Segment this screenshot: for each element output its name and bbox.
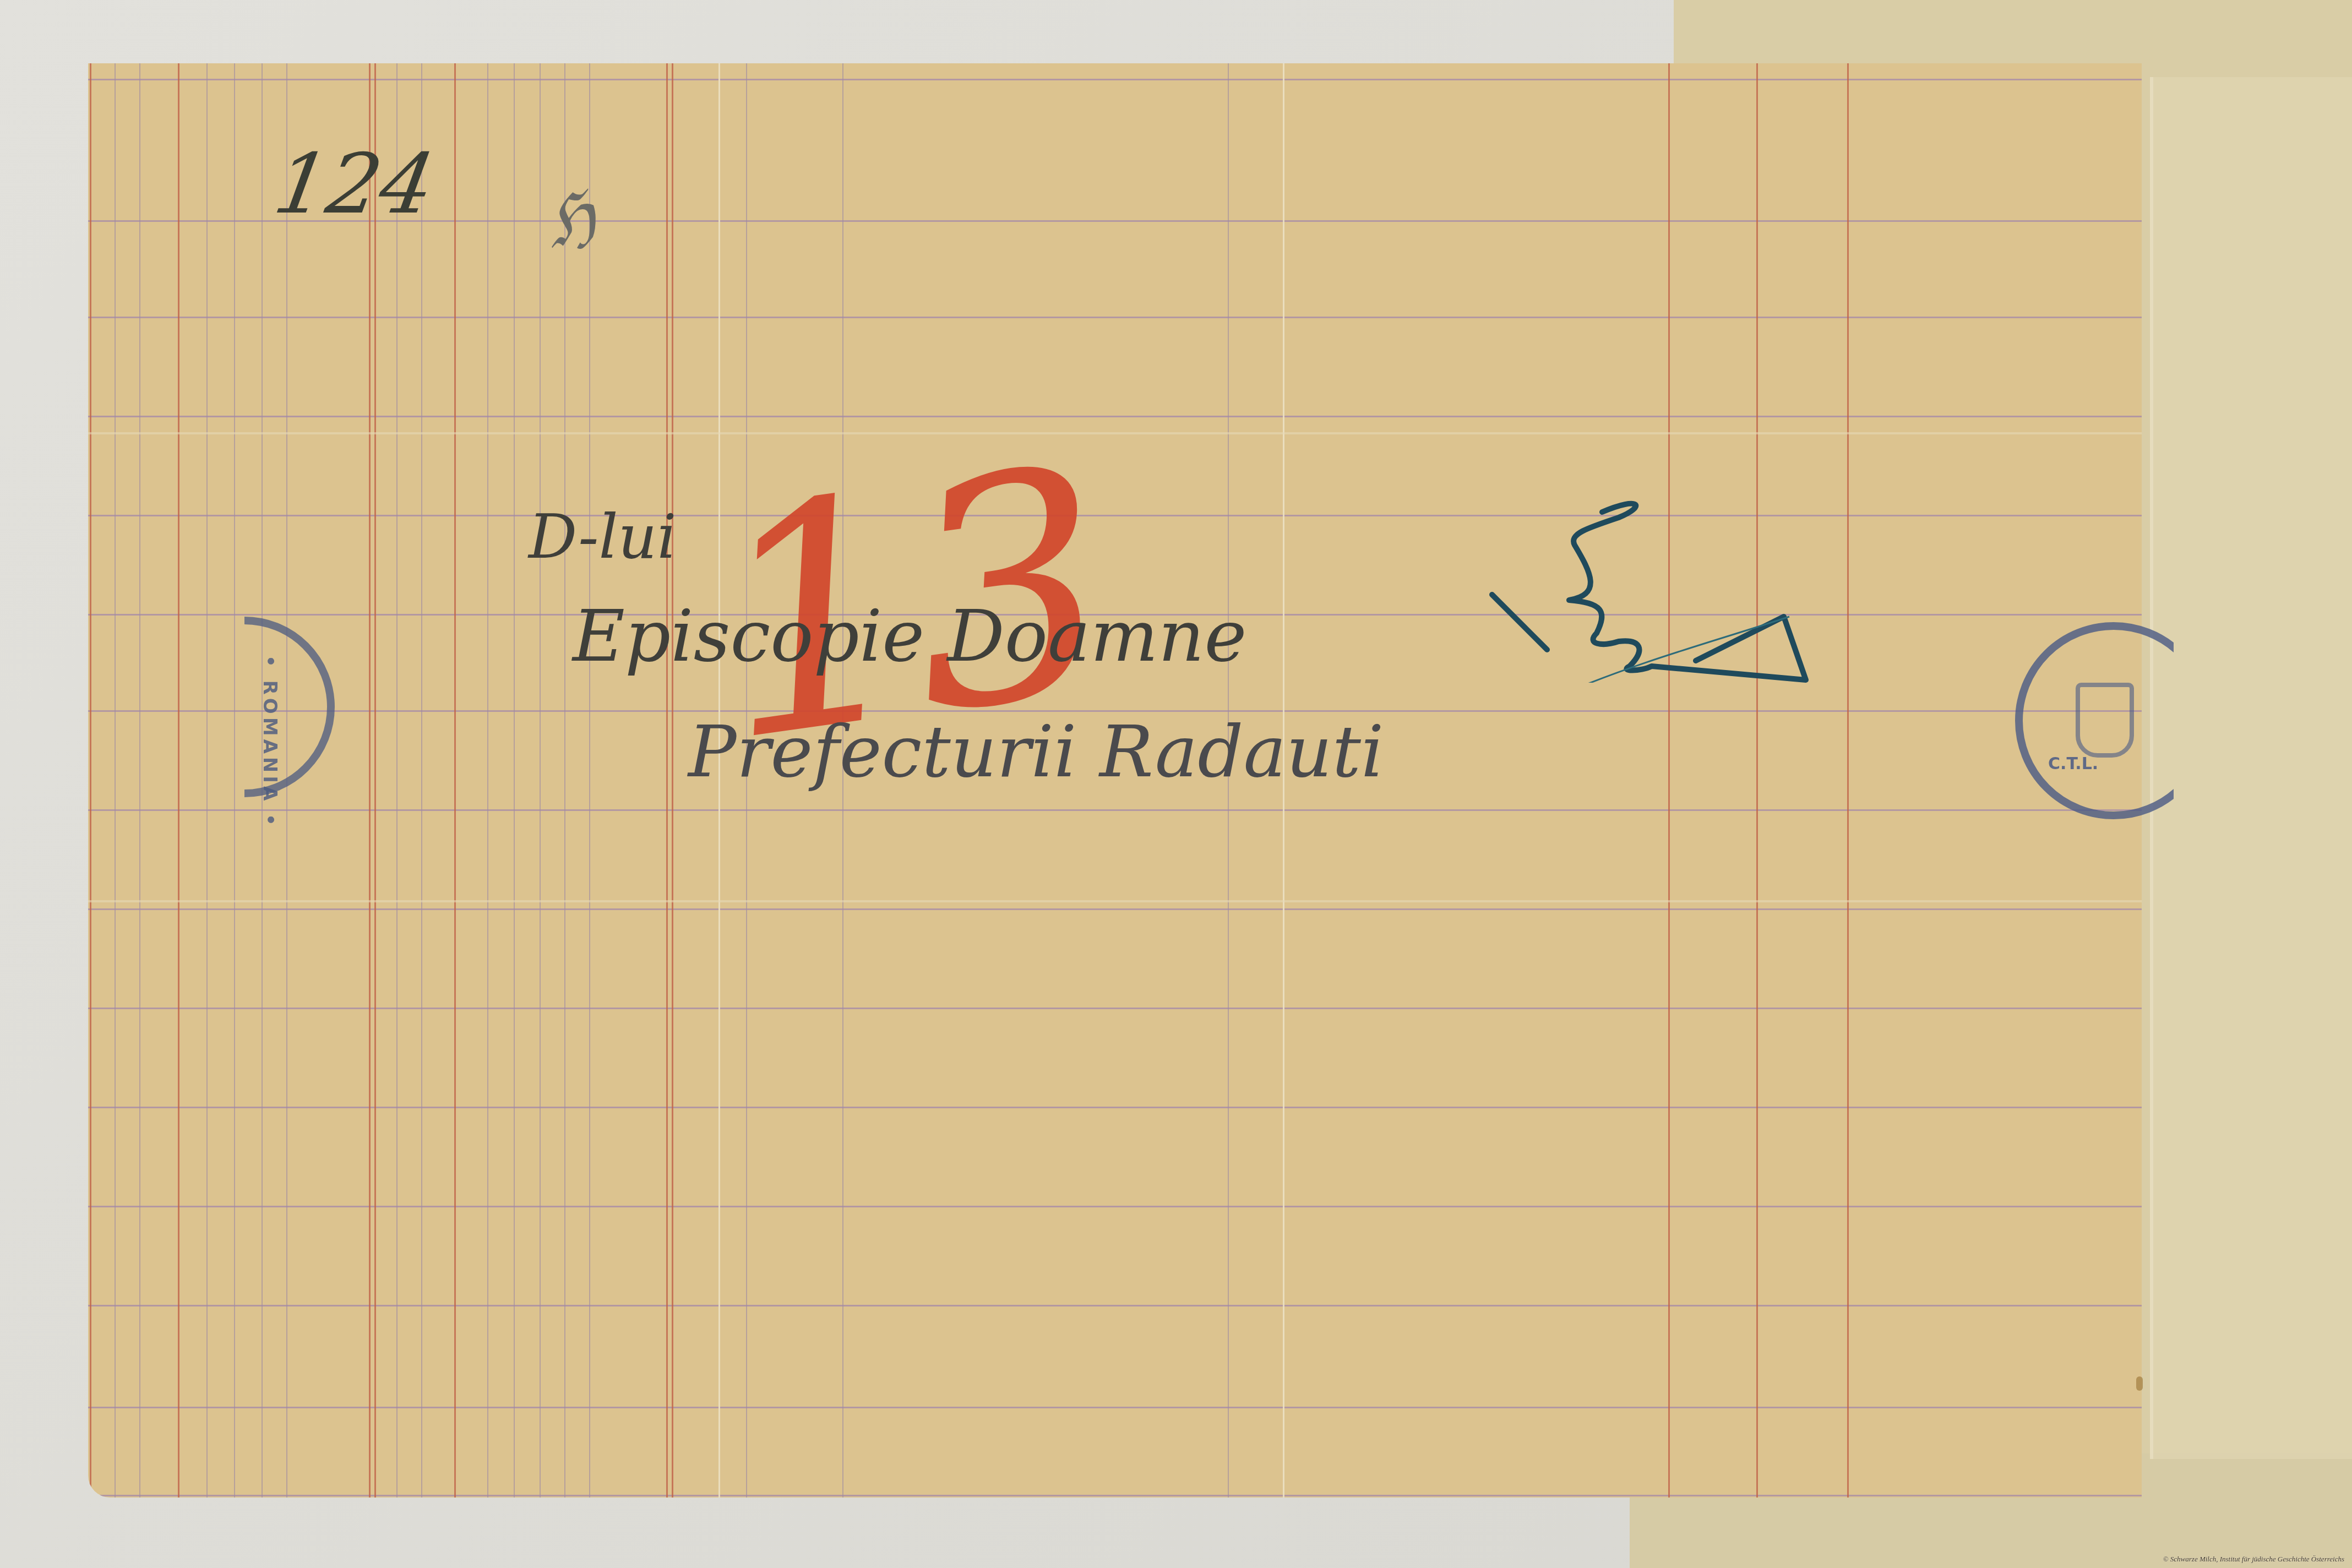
copyright-credit: © Schwarze Milch, Institut für jüdische … [2163, 1555, 2344, 1564]
stamp-right-text: C.T.L. [2048, 754, 2098, 774]
red-column-rule [374, 63, 376, 1498]
red-column-rule [454, 63, 456, 1498]
purple-column-rule [206, 63, 208, 1498]
stamp-left-text: • ROMANIA • [259, 655, 281, 829]
stamp-emblem-icon [2076, 683, 2134, 758]
red-column-rule [1756, 63, 1758, 1498]
address-line-3: Prefecturii Radauti [688, 716, 1384, 787]
purple-column-rule [234, 63, 235, 1498]
signature-paraph-icon [1476, 484, 1872, 683]
purple-column-rule [514, 63, 515, 1498]
purple-column-rule [139, 63, 140, 1498]
red-column-rule [178, 63, 179, 1498]
address-line-2: Episcopie Doamne [573, 600, 1246, 672]
red-column-rule [90, 63, 91, 1498]
paper-stain [2136, 1376, 2143, 1391]
paper-fold [88, 900, 2142, 902]
purple-column-rule [589, 63, 590, 1498]
red-column-rule [1847, 63, 1849, 1498]
paper-fold [88, 432, 2142, 434]
address-line-1: D-lui [529, 507, 677, 567]
red-column-rule [666, 63, 668, 1498]
red-column-rule [1668, 63, 1670, 1498]
purple-column-rule [564, 63, 565, 1498]
folio-number: 124 [260, 143, 448, 226]
red-column-rule [672, 63, 673, 1498]
purple-column-rule [540, 63, 541, 1498]
red-column-rule [369, 63, 371, 1498]
archival-tape [2150, 77, 2352, 1459]
purple-column-rule [396, 63, 398, 1498]
purple-column-rule [421, 63, 422, 1498]
purple-column-rule [487, 63, 488, 1498]
purple-column-rule [115, 63, 116, 1498]
